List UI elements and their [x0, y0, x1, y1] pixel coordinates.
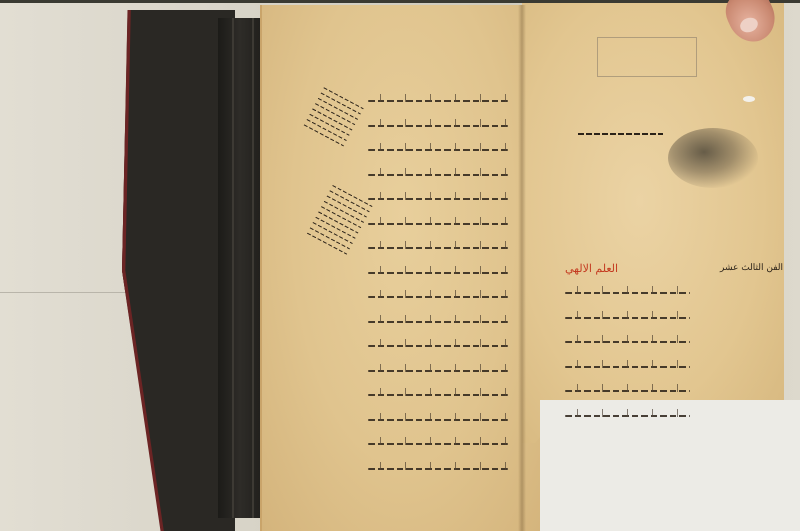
spine-ridge	[232, 18, 234, 518]
rubric-heading: العلم الالهي	[565, 262, 618, 275]
faded-stamp-box	[597, 37, 697, 77]
text-line	[368, 419, 508, 421]
text-line	[565, 292, 690, 294]
text-line	[565, 341, 690, 343]
spine-ridge	[252, 18, 254, 518]
text-line	[368, 370, 508, 372]
paper-hole	[743, 96, 755, 102]
text-line	[368, 321, 508, 323]
text-line	[565, 415, 690, 417]
text-line	[368, 394, 508, 396]
top-shadow-band	[0, 0, 800, 3]
text-line	[368, 125, 508, 127]
text-line	[565, 366, 690, 368]
text-line	[368, 272, 508, 274]
text-line	[565, 317, 690, 319]
text-line	[368, 149, 508, 151]
text-line	[368, 247, 508, 249]
right-page-main-text	[565, 292, 690, 439]
text-line	[368, 198, 508, 200]
left-page-main-text	[368, 100, 508, 492]
text-line	[368, 345, 508, 347]
text-line	[368, 100, 508, 102]
basmala-line	[578, 133, 663, 135]
text-line	[368, 296, 508, 298]
side-heading: الفن الثالث عشر	[720, 263, 783, 273]
text-line	[368, 443, 508, 445]
text-line	[368, 468, 508, 470]
text-line	[368, 174, 508, 176]
text-line	[368, 223, 508, 225]
ink-stain	[668, 128, 758, 188]
page-gutter	[518, 5, 526, 531]
text-line	[565, 390, 690, 392]
